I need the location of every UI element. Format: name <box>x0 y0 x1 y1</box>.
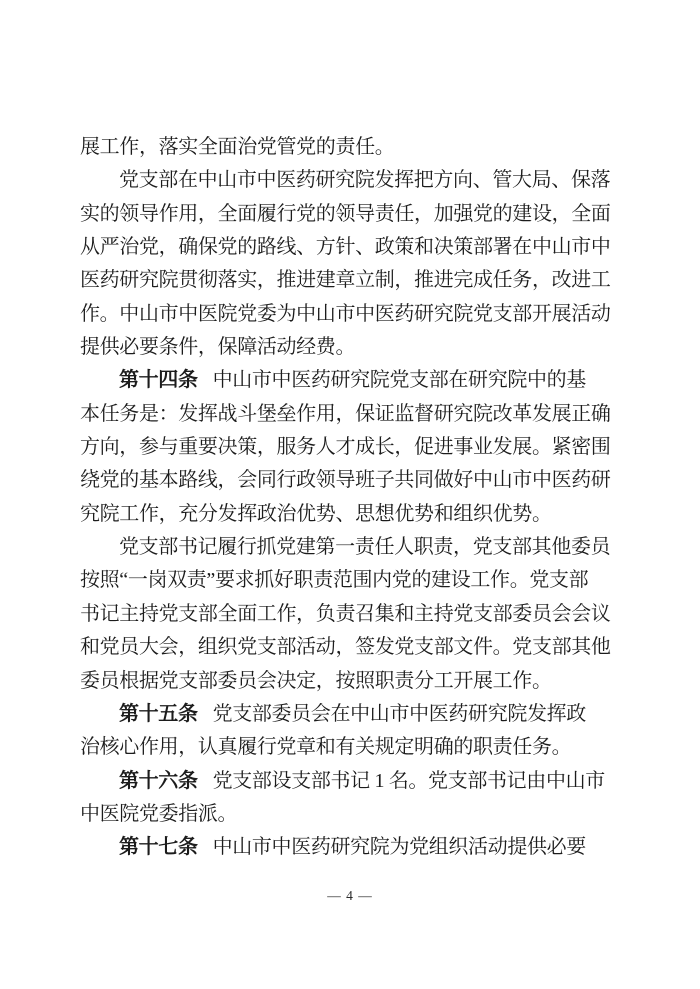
article-number-label: 第十四条 <box>119 369 198 391</box>
article-number-label: 第十六条 <box>119 770 198 792</box>
text-line: 委员根据党支部委员会决定，按照职责分工开展工作。 <box>80 665 625 698</box>
text-line: 实的领导作用，全面履行党的领导责任，加强党的建设，全面 <box>80 198 625 231</box>
text-line: 党支部书记履行抓党建第一责任人职责，党支部其他委员 <box>80 531 625 564</box>
line-text: 究院工作，充分发挥政治优势、思想优势和组织优势。 <box>80 503 552 525</box>
text-line: 提供必要条件，保障活动经费。 <box>80 331 625 364</box>
text-line: 第十六条党支部设支部书记 1 名。党支部书记由中山市 <box>80 765 625 798</box>
line-text: 按照“一岗双责”要求抓好职责范围内党的建设工作。党支部 <box>80 569 588 591</box>
text-line: 书记主持党支部全面工作，负责召集和主持党支部委员会会议 <box>80 598 625 631</box>
text-line: 第十四条中山市中医药研究院党支部在研究院中的基 <box>80 364 625 397</box>
line-text: 党支部设支部书记 1 名。党支部书记由中山市 <box>213 770 605 792</box>
text-line: 按照“一岗双责”要求抓好职责范围内党的建设工作。党支部 <box>80 564 625 597</box>
text-line: 从严治党，确保党的路线、方针、政策和决策部署在中山市中 <box>80 231 625 264</box>
text-line: 医药研究院贯彻落实，推进建章立制，推进完成任务，改进工 <box>80 264 625 297</box>
line-text: 方向，参与重要决策，服务人才成长，促进事业发展。紧密围 <box>80 436 611 458</box>
line-text: 党支部在中山市中医药研究院发挥把方向、管大局、保落 <box>119 169 610 191</box>
line-text: 展工作，落实全面治党管党的责任。 <box>80 136 394 158</box>
line-text: 中医院党委指派。 <box>80 803 237 825</box>
text-line: 方向，参与重要决策，服务人才成长，促进事业发展。紧密围 <box>80 431 625 464</box>
text-line: 第十五条党支部委员会在中山市中医药研究院发挥政 <box>80 698 625 731</box>
line-text: 医药研究院贯彻落实，推进建章立制，推进完成任务，改进工 <box>80 269 611 291</box>
page-number: — 4 — <box>0 888 700 904</box>
article-number-label: 第十七条 <box>119 836 198 858</box>
text-line: 展工作，落实全面治党管党的责任。 <box>80 131 625 164</box>
text-line: 第十七条中山市中医药研究院为党组织活动提供必要 <box>80 831 625 864</box>
line-text: 绕党的基本路线，会同行政领导班子共同做好中山市中医药研 <box>80 469 611 491</box>
text-line: 和党员大会，组织党支部活动，签发党支部文件。党支部其他 <box>80 631 625 664</box>
line-text: 党支部委员会在中山市中医药研究院发挥政 <box>213 703 586 725</box>
text-line: 绕党的基本路线，会同行政领导班子共同做好中山市中医药研 <box>80 464 625 497</box>
line-text: 从严治党，确保党的路线、方针、政策和决策部署在中山市中 <box>80 236 611 258</box>
document-body: 展工作，落实全面治党管党的责任。党支部在中山市中医药研究院发挥把方向、管大局、保… <box>80 131 625 865</box>
line-text: 提供必要条件，保障活动经费。 <box>80 336 355 358</box>
line-text: 党支部书记履行抓党建第一责任人职责，党支部其他委员 <box>119 536 610 558</box>
text-line: 治核心作用，认真履行党章和有关规定明确的职责任务。 <box>80 731 625 764</box>
line-text: 作。中山市中医院党委为中山市中医药研究院党支部开展活动 <box>80 303 611 325</box>
line-text: 和党员大会，组织党支部活动，签发党支部文件。党支部其他 <box>80 636 611 658</box>
text-line: 中医院党委指派。 <box>80 798 625 831</box>
line-text: 治核心作用，认真履行党章和有关规定明确的职责任务。 <box>80 736 571 758</box>
text-line: 究院工作，充分发挥政治优势、思想优势和组织优势。 <box>80 498 625 531</box>
line-text: 中山市中医药研究院党支部在研究院中的基 <box>213 369 586 391</box>
document-page: 展工作，落实全面治党管党的责任。党支部在中山市中医药研究院发挥把方向、管大局、保… <box>0 0 700 989</box>
text-line: 本任务是：发挥战斗堡垒作用，保证监督研究院改革发展正确 <box>80 398 625 431</box>
line-text: 实的领导作用，全面履行党的领导责任，加强党的建设，全面 <box>80 203 611 225</box>
line-text: 委员根据党支部委员会决定，按照职责分工开展工作。 <box>80 670 552 692</box>
text-line: 党支部在中山市中医药研究院发挥把方向、管大局、保落 <box>80 164 625 197</box>
line-text: 中山市中医药研究院为党组织活动提供必要 <box>213 836 586 858</box>
text-line: 作。中山市中医院党委为中山市中医药研究院党支部开展活动 <box>80 298 625 331</box>
article-number-label: 第十五条 <box>119 703 198 725</box>
line-text: 书记主持党支部全面工作，负责召集和主持党支部委员会会议 <box>80 603 611 625</box>
line-text: 本任务是：发挥战斗堡垒作用，保证监督研究院改革发展正确 <box>80 403 611 425</box>
